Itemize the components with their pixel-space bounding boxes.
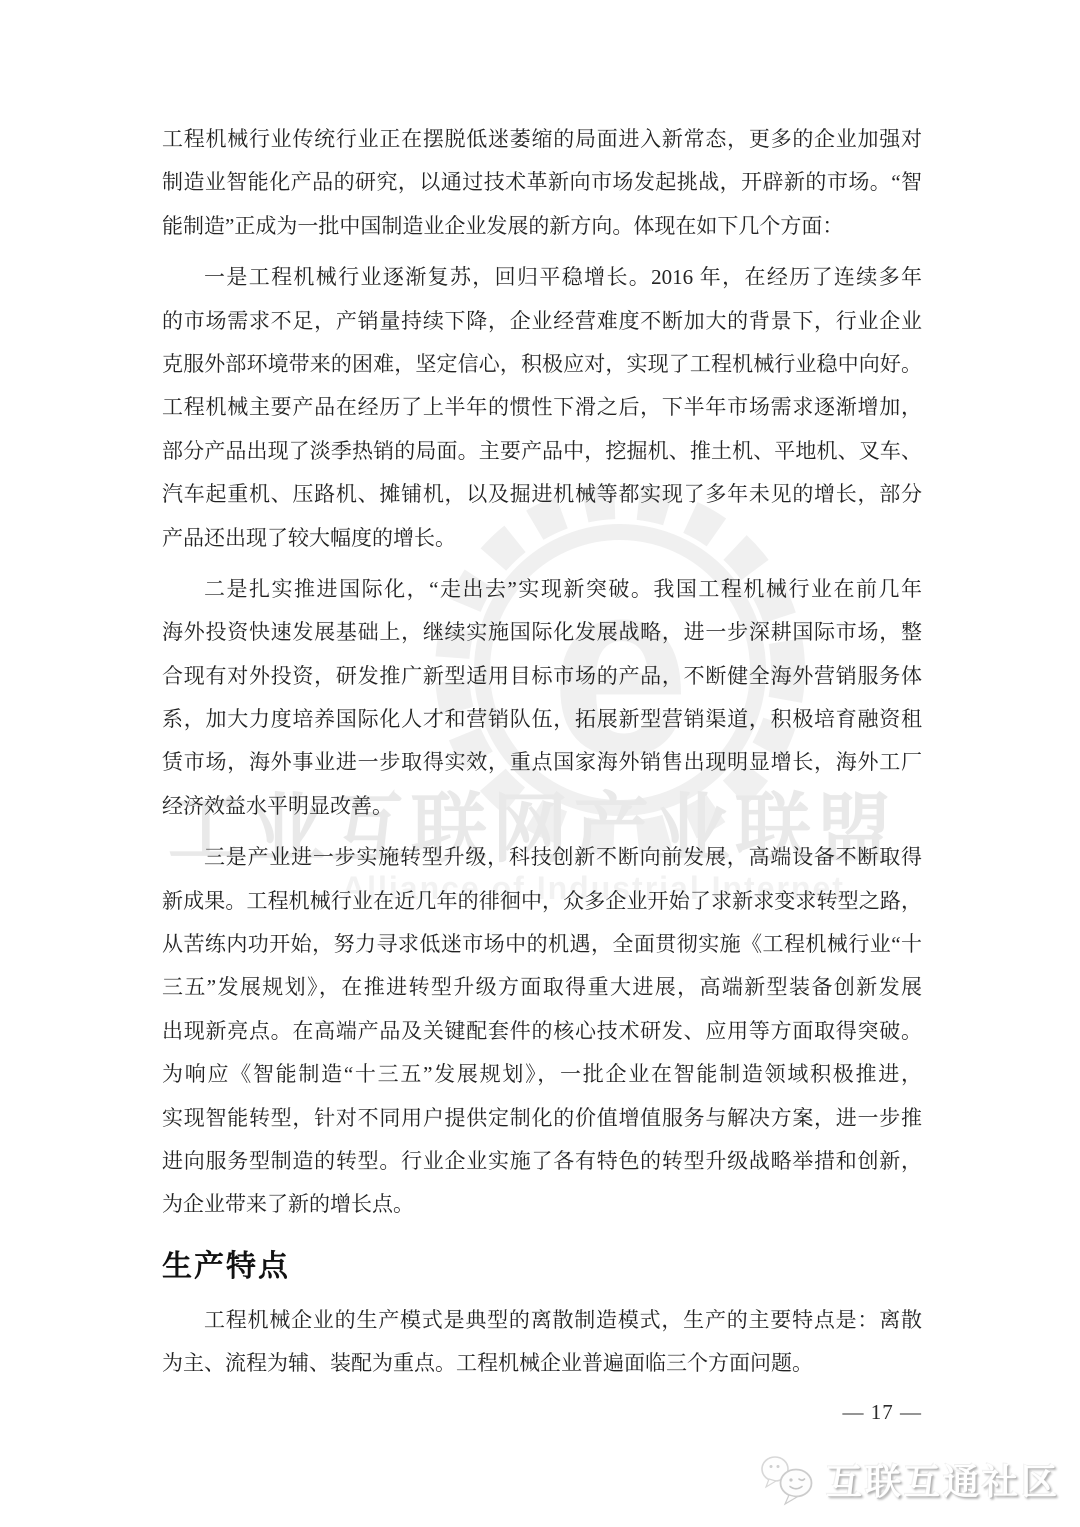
text-line: 新成果。工程机械行业在近几年的徘徊中，众多企业开始了求新求变求转型之路，	[162, 880, 922, 923]
text-line: 工程机械主要产品在经历了上半年的惯性下滑之后，下半年市场需求逐渐增加，	[162, 386, 922, 429]
text-line: 赁市场，海外事业进一步取得实效，重点国家海外销售出现明显增长，海外工厂	[162, 741, 922, 784]
text-line: 系，加大力度培养国际化人才和营销队伍，拓展新型营销渠道，积极培育融资租	[162, 698, 922, 741]
text-line: 克服外部环境带来的困难，坚定信心，积极应对，实现了工程机械行业稳中向好。	[162, 343, 922, 386]
text-line: 合现有对外投资，研发推广新型适用目标市场的产品，不断健全海外营销服务体	[162, 655, 922, 698]
text-line: 一是工程机械行业逐渐复苏，回归平稳增长。2016 年，在经历了连续多年	[162, 256, 922, 299]
text-line: 从苦练内功开始，努力寻求低迷市场中的机遇，全面贯彻实施《工程机械行业“十	[162, 923, 922, 966]
text-line: 为响应《智能制造“十三五”发展规划》，一批企业在智能制造领域积极推进，	[162, 1053, 922, 1096]
text-line: 工程机械企业的生产模式是典型的离散制造模式，生产的主要特点是：离散	[162, 1299, 922, 1342]
page-number: — 17 —	[162, 1400, 922, 1425]
document-body: 工程机械行业传统行业正在摆脱低迷萎缩的局面进入新常态，更多的企业加强对制造业智能…	[162, 118, 922, 1394]
paragraph: 一是工程机械行业逐渐复苏，回归平稳增长。2016 年，在经历了连续多年的市场需求…	[162, 256, 922, 560]
paragraph: 工程机械企业的生产模式是典型的离散制造模式，生产的主要特点是：离散为主、流程为辅…	[162, 1299, 922, 1386]
text-line: 汽车起重机、压路机、摊铺机，以及掘进机械等都实现了多年未见的增长，部分	[162, 473, 922, 516]
text-line: 为主、流程为辅、装配为重点。工程机械企业普遍面临三个方面问题。	[162, 1342, 922, 1385]
text-line: 三是产业进一步实施转型升级，科技创新不断向前发展，高端设备不断取得	[162, 836, 922, 879]
text-line: 进向服务型制造的转型。行业企业实施了各有特色的转型升级战略举措和创新，	[162, 1140, 922, 1183]
footer-brand: 互联互通社区	[758, 1452, 1060, 1506]
text-line: 的市场需求不足，产销量持续下降，企业经营难度不断加大的背景下，行业企业	[162, 300, 922, 343]
text-line: 制造业智能化产品的研究，以通过技术革新向市场发起挑战，开辟新的市场。“智	[162, 161, 922, 204]
text-line: 为企业带来了新的增长点。	[162, 1183, 922, 1226]
text-line: 产品还出现了较大幅度的增长。	[162, 517, 922, 560]
document-page: { "document": { "body": { "blocks": [ { …	[0, 0, 1080, 1527]
text-line: 经济效益水平明显改善。	[162, 785, 922, 828]
paragraph: 工程机械行业传统行业正在摆脱低迷萎缩的局面进入新常态，更多的企业加强对制造业智能…	[162, 118, 922, 248]
text-line: 二是扎实推进国际化，“走出去”实现新突破。我国工程机械行业在前几年	[162, 568, 922, 611]
text-line: 海外投资快速发展基础上，继续实施国际化发展战略，进一步深耕国际市场，整	[162, 611, 922, 654]
paragraph: 三是产业进一步实施转型升级，科技创新不断向前发展，高端设备不断取得新成果。工程机…	[162, 836, 922, 1227]
text-line: 工程机械行业传统行业正在摆脱低迷萎缩的局面进入新常态，更多的企业加强对	[162, 118, 922, 161]
text-line: 实现智能转型，针对不同用户提供定制化的价值增值服务与解决方案，进一步推	[162, 1097, 922, 1140]
footer-brand-text: 互联互通社区	[826, 1454, 1060, 1505]
section-heading: 生产特点	[162, 1245, 922, 1289]
text-line: 部分产品出现了淡季热销的局面。主要产品中，挖掘机、推土机、平地机、叉车、	[162, 430, 922, 473]
text-line: 出现新亮点。在高端产品及关键配套件的核心技术研发、应用等方面取得突破。	[162, 1010, 922, 1053]
text-line: 能制造”正成为一批中国制造业企业发展的新方向。体现在如下几个方面：	[162, 205, 922, 248]
chat-bubbles-icon	[758, 1452, 818, 1506]
text-line: 三五”发展规划》，在推进转型升级方面取得重大进展，高端新型装备创新发展	[162, 966, 922, 1009]
paragraph: 二是扎实推进国际化，“走出去”实现新突破。我国工程机械行业在前几年海外投资快速发…	[162, 568, 922, 828]
